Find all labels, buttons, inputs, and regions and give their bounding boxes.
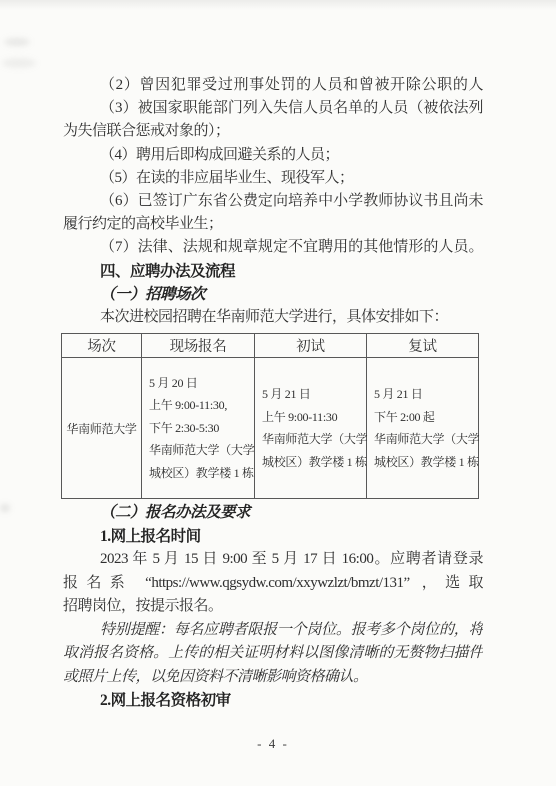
cell-second-test: 5 月 21 日 下午 2:00 起 华南师范大学（大学 城校区）教学楼 1 栋 <box>367 358 479 499</box>
list-item-2: （2）曾因犯罪受过刑事处罚的人员和曾被开除公职的人员； <box>63 74 483 97</box>
list-item-5: （5）在读的非应届毕业生、现役军人； <box>63 167 483 190</box>
table-header-first-test: 初试 <box>255 334 367 358</box>
registration-time-line-1: 2023 年 5 月 15 日 9:00 至 5 月 17 日 16:00。应聘… <box>63 548 483 572</box>
scan-artifact <box>0 504 10 512</box>
list-item-3-line-2: 为失信联合惩戒对象的）； <box>63 120 483 143</box>
cell-session: 华南师范大学 <box>62 358 142 499</box>
cell-line: 华南师范大学（大学 <box>374 428 476 451</box>
cell-line: 城校区）教学楼 1 栋 <box>374 451 476 474</box>
list-item-4: （4）聘用后即构成回避关系的人员； <box>63 144 483 167</box>
table-header-row: 场次 现场报名 初试 复试 <box>62 334 479 358</box>
table-header-second-test: 复试 <box>367 334 479 358</box>
cell-line: 5 月 20 日 <box>149 372 252 395</box>
cell-line: 城校区）教学楼 1 栋 <box>149 462 252 485</box>
subsection-heading-1: （一）招聘场次 <box>63 283 483 306</box>
page-number: - 4 - <box>63 736 483 754</box>
cell-line: 上午 9:00-11:30 <box>262 406 364 429</box>
table-header-session: 场次 <box>62 334 142 358</box>
document-page: （2）曾因犯罪受过刑事处罚的人员和曾被开除公职的人员； （3）被国家职能部门列入… <box>0 0 556 786</box>
list-item-7: （7）法律、法规和规章规定不宜聘用的其他情形的人员。 <box>63 236 483 259</box>
subsection-heading-2: （二）报名办法及要求 <box>63 501 483 525</box>
numbered-heading-2: 2.网上报名资格初审 <box>63 689 483 713</box>
table-header-onsite-registration: 现场报名 <box>142 334 255 358</box>
recruitment-schedule-table: 场次 现场报名 初试 复试 华南师范大学 5 月 20 日 上午 9:00-11… <box>61 333 479 499</box>
cell-line: 下午 2:30-5:30 <box>149 417 252 440</box>
numbered-heading-1: 1.网上报名时间 <box>63 525 483 549</box>
post-table-section: （二）报名办法及要求 1.网上报名时间 2023 年 5 月 15 日 9:00… <box>63 501 483 713</box>
registration-time-line-3: 招聘岗位，按提示报名。 <box>63 595 483 619</box>
list-item-3-line-1: （3）被国家职能部门列入失信人员名单的人员（被依法列 <box>63 97 483 120</box>
cell-line: 华南师范大学（大学 <box>262 428 364 451</box>
cell-line: 上午 9:00-11:30, <box>149 394 252 417</box>
table-row: 华南师范大学 5 月 20 日 上午 9:00-11:30, 下午 2:30-5… <box>62 358 479 499</box>
list-item-6-line-1: （6）已签订广东省公费定向培养中小学教师协议书且尚未 <box>63 190 483 213</box>
scan-artifact <box>2 58 36 68</box>
cell-onsite-registration: 5 月 20 日 上午 9:00-11:30, 下午 2:30-5:30 华南师… <box>142 358 255 499</box>
section-heading-4: 四、应聘办法及流程 <box>63 260 483 283</box>
cell-line: 5 月 21 日 <box>374 383 476 406</box>
document-body: （2）曾因犯罪受过刑事处罚的人员和曾被开除公职的人员； （3）被国家职能部门列入… <box>63 0 483 713</box>
intro-sentence: 本次进校园招聘在华南师范大学进行，具体安排如下： <box>63 306 483 329</box>
registration-url-line: 报名系 “https://www.qgsydw.com/xxywzlzt/bmz… <box>63 572 483 596</box>
cell-line: 下午 2:00 起 <box>374 406 476 429</box>
list-item-6-line-2: 履行约定的高校毕业生； <box>63 213 483 236</box>
special-reminder-line-3: 或照片上传，以免因资料不清晰影响资格确认。 <box>63 666 483 690</box>
cell-first-test: 5 月 21 日 上午 9:00-11:30 华南师范大学（大学 城校区）教学楼… <box>255 358 367 499</box>
scan-artifact <box>4 38 30 46</box>
cell-line: 华南师范大学（大学 <box>149 439 252 462</box>
special-reminder-line-1: 特别提醒：每名应聘者限报一个岗位。报考多个岗位的，将 <box>63 619 483 643</box>
cell-line: 5 月 21 日 <box>262 383 364 406</box>
cell-line: 城校区）教学楼 1 栋 <box>262 451 364 474</box>
special-reminder-line-2: 取消报名资格。上传的相关证明材料以图像清晰的无赘物扫描件 <box>63 642 483 666</box>
